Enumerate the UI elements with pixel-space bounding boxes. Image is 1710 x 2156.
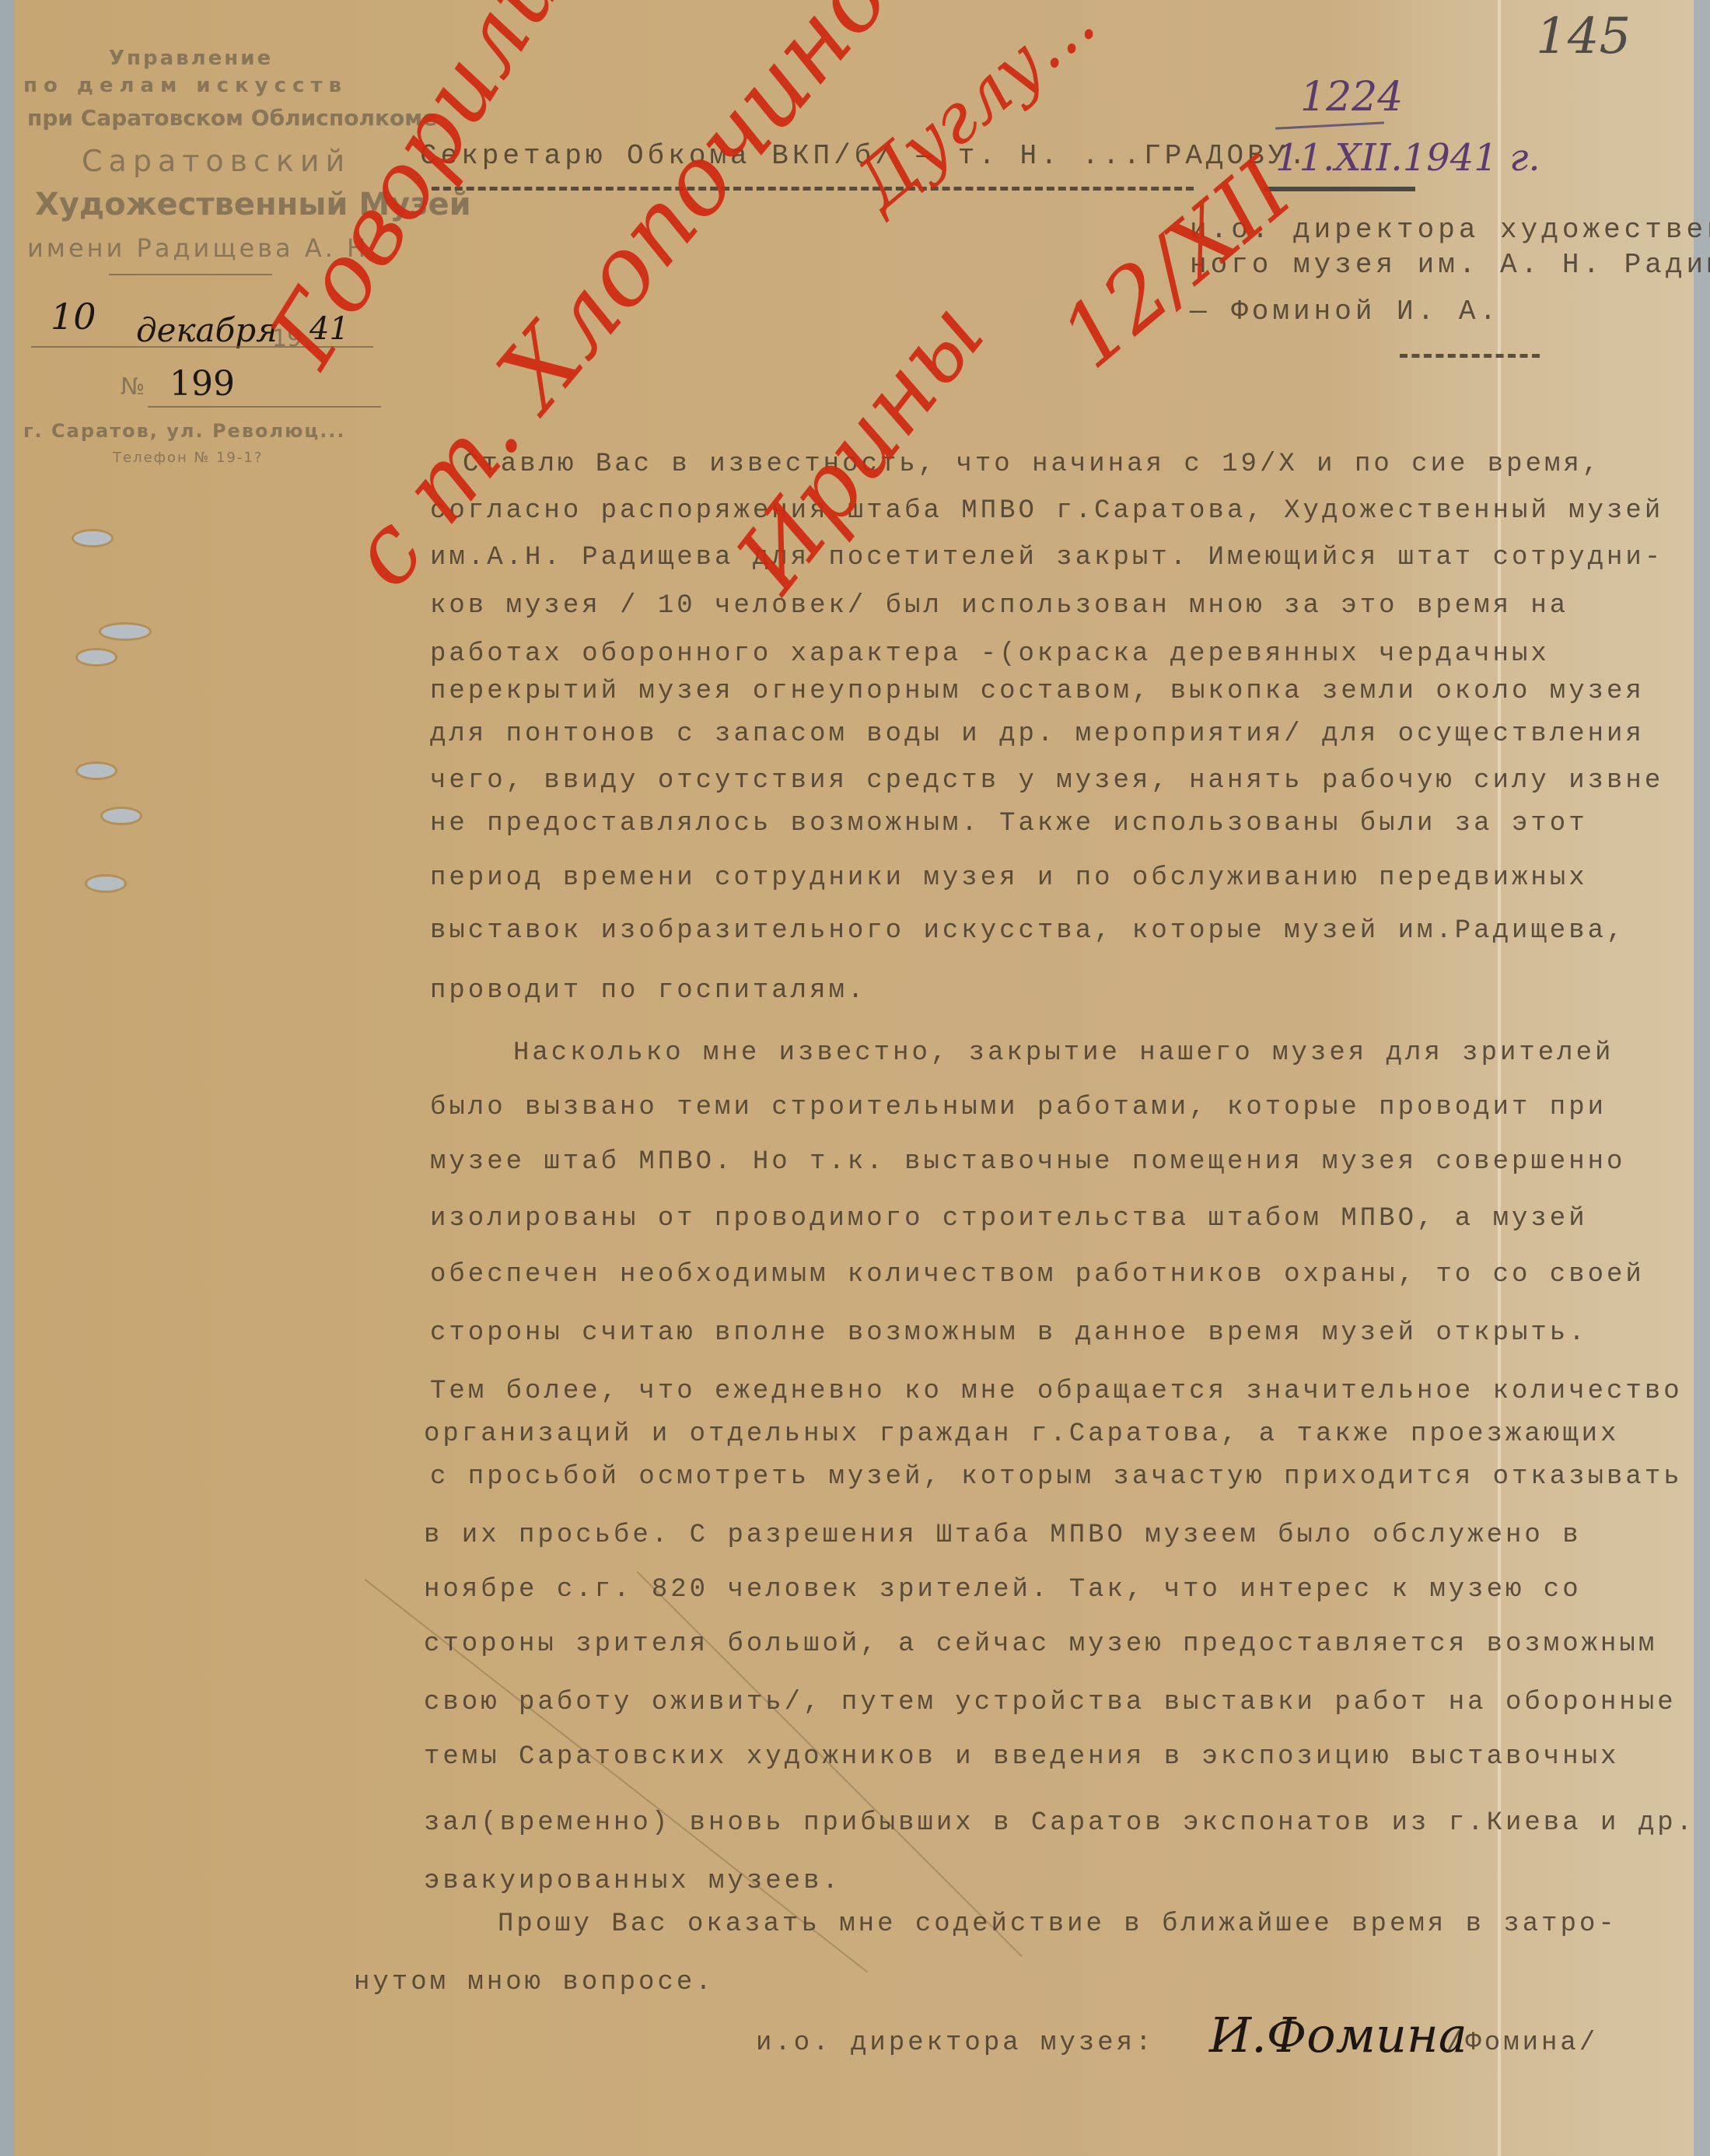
punch-hole bbox=[101, 625, 149, 639]
body-line: зал(временно) вновь прибывших в Саратов … bbox=[424, 1808, 1695, 1838]
body-line: стороны зрителя большой, а сейчас музею … bbox=[424, 1629, 1657, 1659]
scan-right-edge bbox=[1694, 0, 1710, 2156]
body-line: нутом мною вопросе. bbox=[354, 1968, 715, 1997]
addressee-underline bbox=[432, 187, 1194, 191]
body-line: обеспечен необходимым количеством работн… bbox=[430, 1260, 1645, 1290]
punch-hole bbox=[103, 809, 140, 823]
stamp-address: г. Саратов, ул. Революц... bbox=[23, 420, 346, 442]
body-line: в их просьбе. С разрешения Штаба МПВО му… bbox=[424, 1521, 1582, 1550]
body-line: было вызвано теми строительными работами… bbox=[430, 1093, 1607, 1122]
outgoing-number: 199 bbox=[170, 364, 235, 404]
body-line: ков музея / 10 человек/ был использован … bbox=[430, 591, 1568, 621]
punch-hole bbox=[74, 531, 111, 545]
punch-hole bbox=[78, 650, 115, 664]
body-line: организаций и отдельных граждан г.Сарато… bbox=[424, 1419, 1619, 1449]
sender-underline bbox=[1400, 354, 1540, 358]
stamp-phone: Телефон № 19-1? bbox=[113, 450, 263, 466]
body-line: стороны считаю вполне возможным в данное… bbox=[430, 1318, 1588, 1348]
incoming-date: 11.XII.1941 г. bbox=[1275, 136, 1540, 180]
body-line: период времени сотрудники музея и по обс… bbox=[430, 863, 1588, 893]
body-line: Насколько мне известно, закрытие нашего … bbox=[513, 1038, 1614, 1068]
body-line: свою работу оживить/, путем устройства в… bbox=[424, 1688, 1677, 1717]
body-line: эвакуированных музеев. bbox=[424, 1867, 841, 1896]
body-line: проводит по госпиталям. bbox=[430, 976, 866, 1006]
body-line: изолированы от проводимого строительства… bbox=[430, 1204, 1588, 1234]
body-line: Прошу Вас оказать мне содействие в ближа… bbox=[498, 1909, 1617, 1939]
body-line: согласно распоряжения штаба МПВО г.Сарат… bbox=[430, 496, 1663, 526]
sender-line: ного музея им. А. Н. Радищева bbox=[1190, 249, 1710, 281]
body-line: ноябре с.г. 820 человек зрителей. Так, ч… bbox=[424, 1575, 1582, 1605]
stamp-line: Саратовский bbox=[82, 144, 351, 178]
punch-hole bbox=[78, 764, 115, 778]
body-line: темы Саратовских художников и введения в… bbox=[424, 1742, 1619, 1772]
body-line: чего, ввиду отсутствия средств у музея, … bbox=[430, 766, 1663, 796]
letter-date-day: 10 bbox=[51, 296, 96, 338]
stamp-divider bbox=[109, 274, 272, 275]
archive-sheet-number: 145 bbox=[1536, 8, 1631, 65]
stamp-line: Управление bbox=[109, 47, 273, 70]
body-line: Ставлю Вас в известность, что начиная с … bbox=[463, 450, 1601, 479]
scan-left-edge bbox=[0, 0, 14, 2156]
body-line: с просьбой осмотреть музей, которым зача… bbox=[430, 1462, 1683, 1492]
body-line: Тем более, что ежедневно ко мне обращает… bbox=[430, 1377, 1683, 1406]
number-label: № bbox=[121, 373, 145, 401]
stamp-line: по делам искусств bbox=[23, 74, 348, 97]
body-line: для понтонов с запасом воды и др. меропр… bbox=[430, 719, 1645, 749]
body-line: музее штаб МПВО. Но т.к. выставочные пом… bbox=[430, 1147, 1625, 1177]
body-line: перекрытий музея огнеупорным составом, в… bbox=[430, 677, 1645, 706]
sender-line: — Фоминой И. А. bbox=[1190, 296, 1500, 327]
number-underline bbox=[148, 406, 381, 408]
typed-signatory-name: /Фомина/ bbox=[1446, 2028, 1598, 2058]
incoming-number: 1224 bbox=[1300, 74, 1403, 121]
body-line: выставок изобразительного искусства, кот… bbox=[430, 916, 1625, 946]
body-line: им.А.Н. Радищева для посетителей закрыт.… bbox=[430, 543, 1663, 572]
punch-hole bbox=[87, 877, 124, 891]
body-line: не предоставлялось возможным. Также испо… bbox=[430, 809, 1588, 838]
signature-title: и.о. директора музея: bbox=[756, 2028, 1154, 2058]
body-line: работах оборонного характера -(окраска д… bbox=[430, 639, 1550, 669]
handwritten-signature: И.Фомина bbox=[1209, 2007, 1467, 2063]
